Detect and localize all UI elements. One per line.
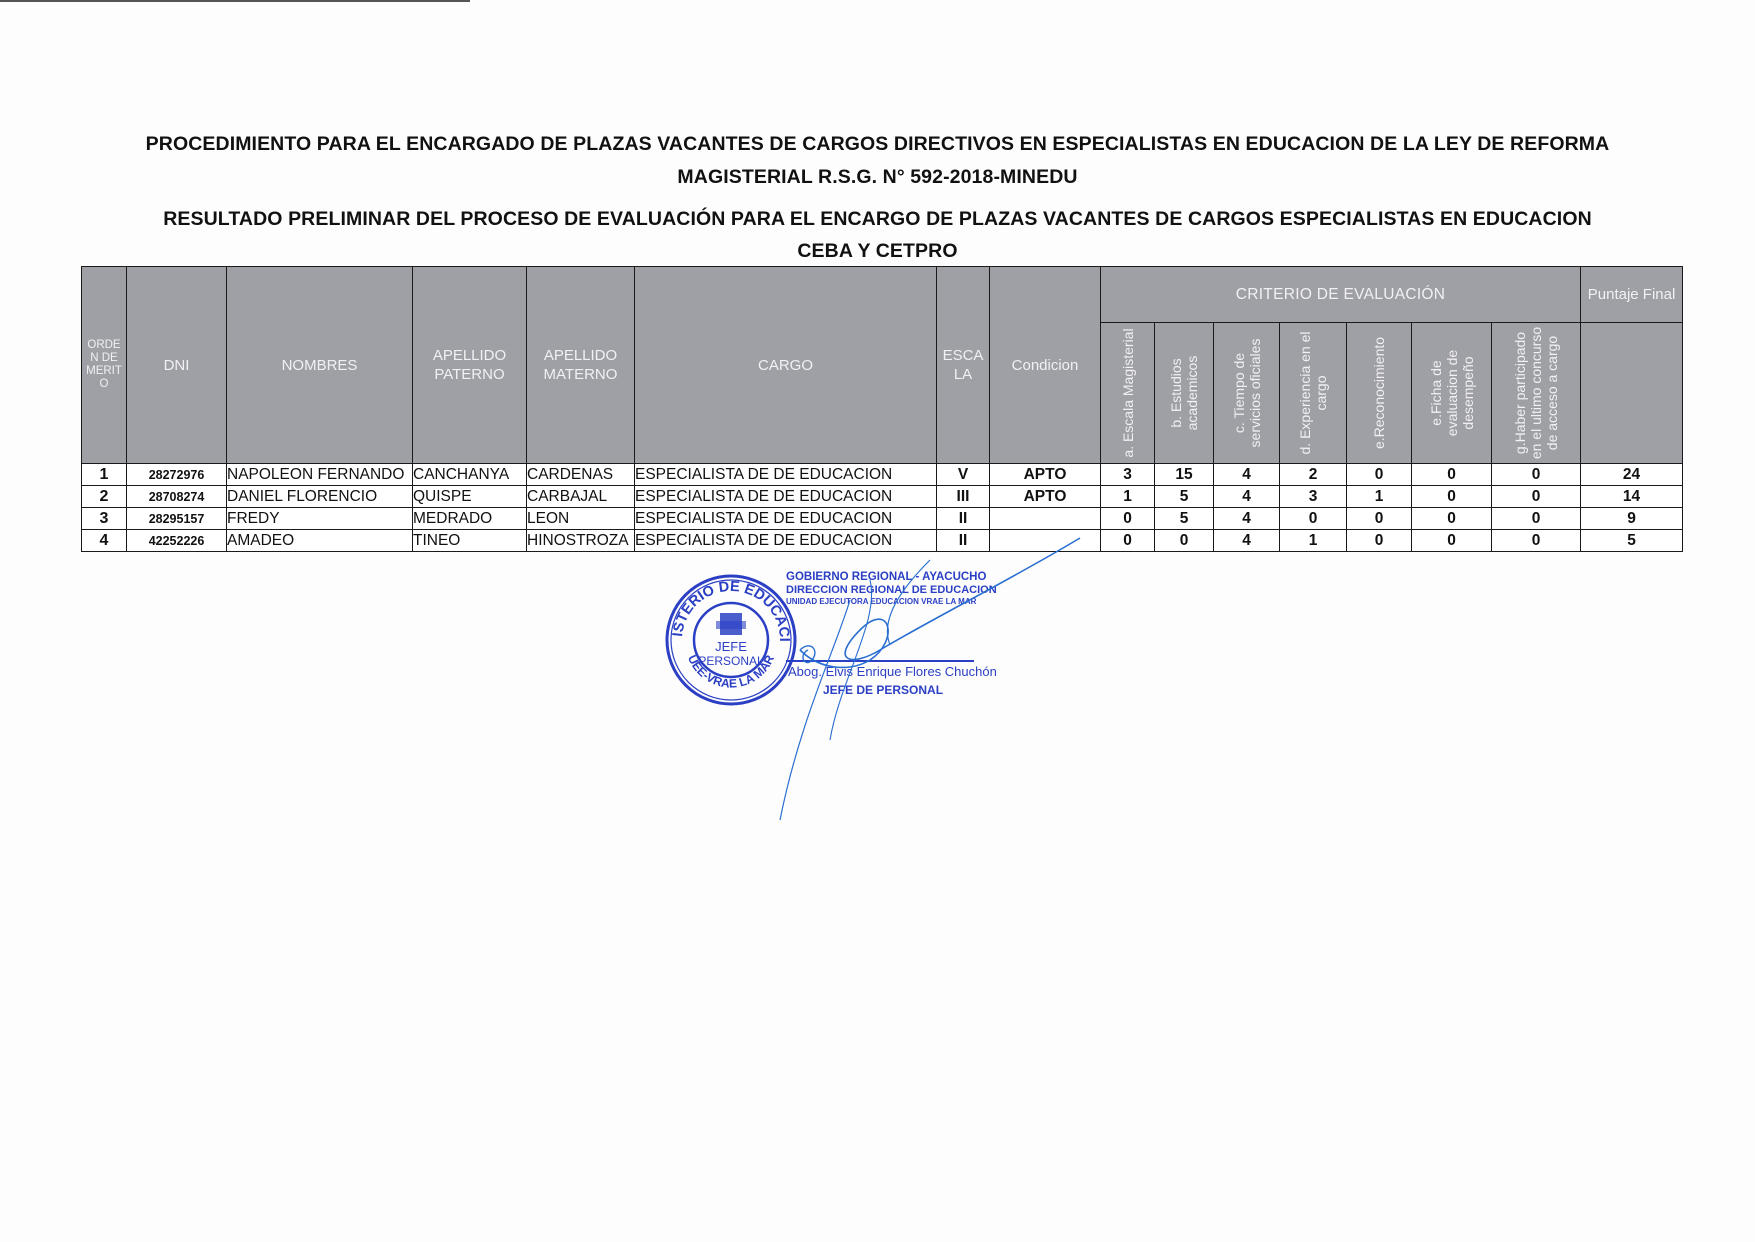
table-row: 228708274DANIEL FLORENCIOQUISPECARBAJALE… bbox=[82, 486, 1683, 508]
cell-criterio-score: 0 bbox=[1492, 508, 1581, 530]
header-criterio-d: d. Experiencia en el cargo bbox=[1280, 323, 1347, 464]
signature-line bbox=[786, 660, 974, 662]
svg-text:PERSONAL: PERSONAL bbox=[698, 654, 764, 668]
stamp-direccion-regional: DIRECCION REGIONAL DE EDUCACION bbox=[786, 584, 997, 596]
header-orden: ORDE N DE MERIT O bbox=[82, 267, 127, 464]
cell-criterio-score: 4 bbox=[1214, 530, 1280, 552]
scan-edge-line bbox=[0, 0, 470, 2]
cell-dni: 28708274 bbox=[127, 486, 227, 508]
cell-condicion bbox=[990, 508, 1101, 530]
cell-condicion: APTO bbox=[990, 464, 1101, 486]
cell-nombres: DANIEL FLORENCIO bbox=[227, 486, 413, 508]
cell-orden: 2 bbox=[82, 486, 127, 508]
cell-apellido-materno: CARBAJAL bbox=[527, 486, 635, 508]
cell-criterio-score: 4 bbox=[1214, 486, 1280, 508]
document-title-line-1: PROCEDIMIENTO PARA EL ENCARGADO DE PLAZA… bbox=[0, 133, 1755, 156]
cell-cargo: ESPECIALISTA DE DE EDUCACION bbox=[635, 486, 937, 508]
header-puntaje-final-blank bbox=[1581, 323, 1683, 464]
cell-criterio-score: 0 bbox=[1101, 508, 1155, 530]
cell-escala: II bbox=[937, 530, 990, 552]
cell-orden: 1 bbox=[82, 464, 127, 486]
stamp-unidad-ejecutora: UNIDAD EJECUTORA EDUCACION VRAE LA MAR bbox=[786, 597, 976, 606]
cell-criterio-score: 1 bbox=[1347, 486, 1412, 508]
cell-nombres: NAPOLEON FERNANDO bbox=[227, 464, 413, 486]
cell-apellido-materno: HINOSTROZA bbox=[527, 530, 635, 552]
results-table: ORDE N DE MERIT O DNI NOMBRES APELLIDO P… bbox=[81, 266, 1683, 552]
header-criterio-g: g.Haber participado en el ultimo concurs… bbox=[1492, 323, 1581, 464]
cell-criterio-score: 0 bbox=[1412, 464, 1492, 486]
cell-criterio-score: 1 bbox=[1101, 486, 1155, 508]
cell-criterio-score: 0 bbox=[1412, 486, 1492, 508]
cell-orden: 4 bbox=[82, 530, 127, 552]
document-subtitle-line-1: RESULTADO PRELIMINAR DEL PROCESO DE EVAL… bbox=[0, 208, 1755, 231]
cell-criterio-score: 3 bbox=[1101, 464, 1155, 486]
signatory-role: JEFE DE PERSONAL bbox=[823, 683, 943, 697]
cell-apellido-paterno: MEDRADO bbox=[413, 508, 527, 530]
cell-nombres: FREDY bbox=[227, 508, 413, 530]
cell-criterio-score: 0 bbox=[1347, 464, 1412, 486]
table-row: 442252226AMADEOTINEOHINOSTROZAESPECIALIS… bbox=[82, 530, 1683, 552]
cell-apellido-paterno: TINEO bbox=[413, 530, 527, 552]
header-criterio-a: a. Escala Magisterial bbox=[1101, 323, 1155, 464]
header-criterio-f: e.Ficha de evaluacion de desempeño bbox=[1412, 323, 1492, 464]
cell-dni: 42252226 bbox=[127, 530, 227, 552]
cell-criterio-score: 15 bbox=[1155, 464, 1214, 486]
stamp-gobierno-regional: GOBIERNO REGIONAL - AYACUCHO bbox=[786, 571, 986, 583]
cell-apellido-materno: LEON bbox=[527, 508, 635, 530]
cell-dni: 28295157 bbox=[127, 508, 227, 530]
table-row: 328295157FREDYMEDRADOLEONESPECIALISTA DE… bbox=[82, 508, 1683, 530]
cell-criterio-score: 0 bbox=[1101, 530, 1155, 552]
header-cargo: CARGO bbox=[635, 267, 937, 464]
svg-text:JEFE: JEFE bbox=[715, 639, 747, 654]
cell-cargo: ESPECIALISTA DE DE EDUCACION bbox=[635, 530, 937, 552]
cell-puntaje-final: 14 bbox=[1581, 486, 1683, 508]
cell-criterio-score: 0 bbox=[1492, 464, 1581, 486]
cell-cargo: ESPECIALISTA DE DE EDUCACION bbox=[635, 508, 937, 530]
cell-criterio-score: 3 bbox=[1280, 486, 1347, 508]
cell-criterio-score: 0 bbox=[1347, 508, 1412, 530]
cell-criterio-score: 0 bbox=[1412, 530, 1492, 552]
cell-cargo: ESPECIALISTA DE DE EDUCACION bbox=[635, 464, 937, 486]
header-apellido-materno: APELLIDO MATERNO bbox=[527, 267, 635, 464]
header-escala: ESCA LA bbox=[937, 267, 990, 464]
cell-criterio-score: 4 bbox=[1214, 464, 1280, 486]
document-subtitle-line-2: CEBA Y CETPRO bbox=[0, 240, 1755, 263]
header-apellido-paterno: APELLIDO PATERNO bbox=[413, 267, 527, 464]
cell-puntaje-final: 5 bbox=[1581, 530, 1683, 552]
cell-puntaje-final: 24 bbox=[1581, 464, 1683, 486]
cell-criterio-score: 0 bbox=[1155, 530, 1214, 552]
cell-condicion bbox=[990, 530, 1101, 552]
cell-criterio-score: 0 bbox=[1347, 530, 1412, 552]
table-row: 128272976NAPOLEON FERNANDOCANCHANYACARDE… bbox=[82, 464, 1683, 486]
cell-escala: II bbox=[937, 508, 990, 530]
header-criterio-c: c. Tiempo de servicios oficiales bbox=[1214, 323, 1280, 464]
signatory-name: Abog. Elvis Enrique Flores Chuchón bbox=[788, 664, 997, 679]
cell-criterio-score: 5 bbox=[1155, 486, 1214, 508]
cell-apellido-materno: CARDENAS bbox=[527, 464, 635, 486]
cell-dni: 28272976 bbox=[127, 464, 227, 486]
header-nombres: NOMBRES bbox=[227, 267, 413, 464]
cell-puntaje-final: 9 bbox=[1581, 508, 1683, 530]
header-dni: DNI bbox=[127, 267, 227, 464]
cell-criterio-score: 2 bbox=[1280, 464, 1347, 486]
header-puntaje-final: Puntaje Final bbox=[1581, 267, 1683, 323]
cell-escala: III bbox=[937, 486, 990, 508]
header-criterio-e: e.Reconocimiento bbox=[1347, 323, 1412, 464]
cell-criterio-score: 0 bbox=[1492, 530, 1581, 552]
header-condicion: Condicion bbox=[990, 267, 1101, 464]
cell-criterio-score: 5 bbox=[1155, 508, 1214, 530]
cell-orden: 3 bbox=[82, 508, 127, 530]
ministerio-seal-icon: MINISTERIO DE EDUCACIÓN ★ UEE-VRAE LA MA… bbox=[664, 573, 798, 707]
cell-nombres: AMADEO bbox=[227, 530, 413, 552]
cell-apellido-paterno: CANCHANYA bbox=[413, 464, 527, 486]
cell-criterio-score: 4 bbox=[1214, 508, 1280, 530]
cell-apellido-paterno: QUISPE bbox=[413, 486, 527, 508]
cell-escala: V bbox=[937, 464, 990, 486]
cell-criterio-score: 0 bbox=[1412, 508, 1492, 530]
cell-criterio-score: 0 bbox=[1280, 508, 1347, 530]
cell-condicion: APTO bbox=[990, 486, 1101, 508]
header-criterio-b: b. Estudios academicos bbox=[1155, 323, 1214, 464]
header-criterio-group: CRITERIO DE EVALUACIÓN bbox=[1101, 267, 1581, 323]
cell-criterio-score: 1 bbox=[1280, 530, 1347, 552]
cell-criterio-score: 0 bbox=[1492, 486, 1581, 508]
document-title-line-2: MAGISTERIAL R.S.G. N° 592-2018-MINEDU bbox=[0, 166, 1755, 189]
